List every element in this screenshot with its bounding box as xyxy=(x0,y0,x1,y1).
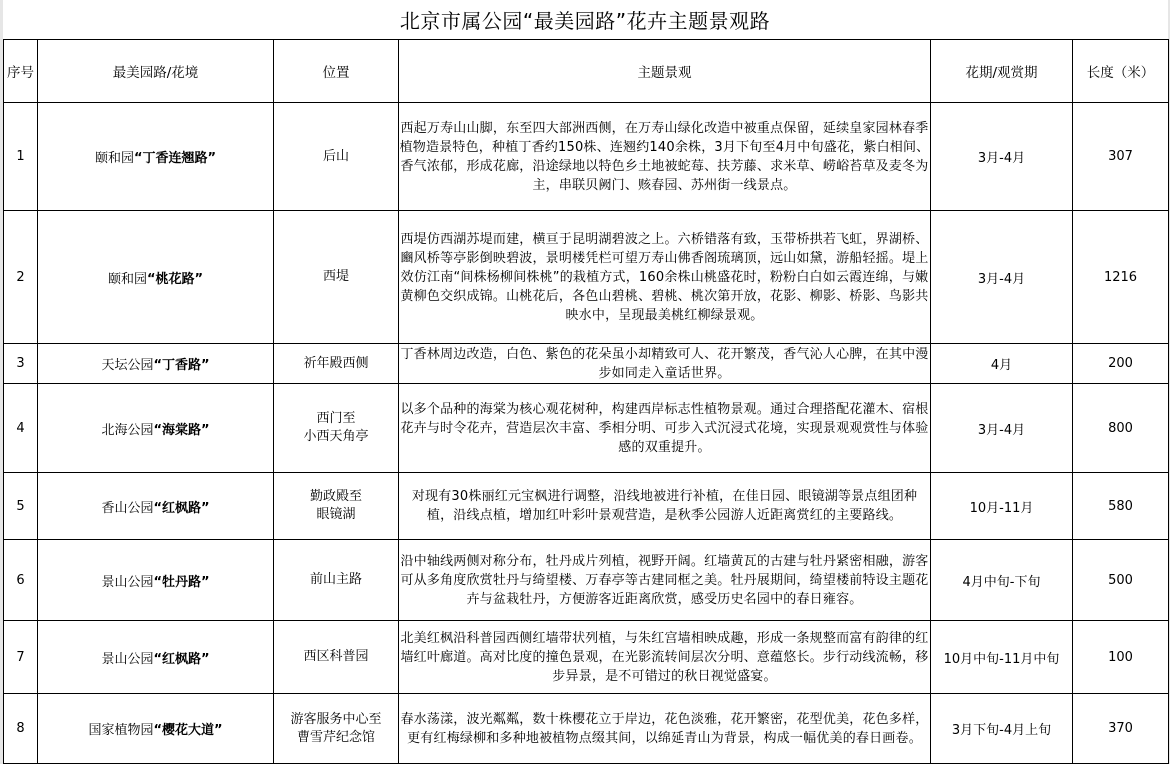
location-line-2: 眼镜湖 xyxy=(274,506,398,524)
cell-length[interactable]: 800 xyxy=(1073,384,1169,473)
cell-route-name[interactable]: 景山公园“红枫路” xyxy=(38,621,274,694)
location-line-1: 游客服务中心至 xyxy=(274,711,398,729)
cell-location[interactable]: 勤政殿至眼镜湖 xyxy=(274,473,399,540)
cell-season[interactable]: 4月中旬-下旬 xyxy=(931,540,1073,621)
location-line-2: 曹雪芹纪念馆 xyxy=(274,729,398,747)
cell-route-name[interactable]: 北海公园“海棠路” xyxy=(38,384,274,473)
header-name[interactable]: 最美园路/花境 xyxy=(38,40,274,103)
location-line-1: 西门至 xyxy=(274,410,398,428)
cell-route-name[interactable]: 香山公园“红枫路” xyxy=(38,473,274,540)
table-row: 6 景山公园“牡丹路” 前山主路 沿中轴线两侧对称分布，牡丹成片列植，视野开阔。… xyxy=(4,540,1169,621)
table-row: 7 景山公园“红枫路” 西区科普园 北美红枫沿科普园西侧红墙带状列植，与朱红宫墙… xyxy=(4,621,1169,694)
location-line-2: 小西天角亭 xyxy=(274,428,398,446)
cell-length[interactable]: 370 xyxy=(1073,694,1169,764)
cell-route-name[interactable]: 国家植物园“樱花大道” xyxy=(38,694,274,764)
cell-theme[interactable]: 北美红枫沿科普园西侧红墙带状列植，与朱红宫墙相映成趣，形成一条规整而富有韵律的红… xyxy=(399,621,931,694)
park-name: 景山公园 xyxy=(101,652,153,667)
cell-index[interactable]: 1 xyxy=(4,103,38,211)
cell-location[interactable]: 西区科普园 xyxy=(274,621,399,694)
cell-index[interactable]: 8 xyxy=(4,694,38,764)
route-name: “丁香路” xyxy=(153,358,209,373)
table-row: 8 国家植物园“樱花大道” 游客服务中心至曹雪芹纪念馆 春水荡漾，波光粼粼，数十… xyxy=(4,694,1169,764)
flower-routes-table: 序号 最美园路/花境 位置 主题景观 花期/观赏期 长度（米） 1 颐和园“丁香… xyxy=(3,39,1169,764)
cell-location[interactable]: 游客服务中心至曹雪芹纪念馆 xyxy=(274,694,399,764)
header-length[interactable]: 长度（米） xyxy=(1073,40,1169,103)
table-row: 2 颐和园“桃花路” 西堤 西堤仿西湖苏堤而建，横亘于昆明湖碧波之上。六桥错落有… xyxy=(4,211,1169,344)
park-name: 国家植物园 xyxy=(88,723,153,738)
cell-route-name[interactable]: 景山公园“牡丹路” xyxy=(38,540,274,621)
cell-index[interactable]: 3 xyxy=(4,344,38,384)
header-row: 序号 最美园路/花境 位置 主题景观 花期/观赏期 长度（米） xyxy=(4,40,1169,103)
park-name: 颐和园 xyxy=(108,272,147,287)
cell-location[interactable]: 祈年殿西侧 xyxy=(274,344,399,384)
cell-theme[interactable]: 对现有30株丽红元宝枫进行调整，沿线地被进行补植，在佳日园、眼镜湖等景点组团种植… xyxy=(399,473,931,540)
park-name: 景山公园 xyxy=(101,575,153,590)
table-row: 1 颐和园“丁香连翘路” 后山 西起万寿山山脚，东至四大部洲西侧，在万寿山绿化改… xyxy=(4,103,1169,211)
cell-length[interactable]: 580 xyxy=(1073,473,1169,540)
location-line-1: 前山主路 xyxy=(274,571,398,589)
cell-theme[interactable]: 西堤仿西湖苏堤而建，横亘于昆明湖碧波之上。六桥错落有致，玉带桥拱若飞虹，界湖桥、… xyxy=(399,211,931,344)
cell-location[interactable]: 西门至小西天角亭 xyxy=(274,384,399,473)
table-row: 3 天坛公园“丁香路” 祈年殿西侧 丁香林周边改造，白色、紫色的花朵虽小却精致可… xyxy=(4,344,1169,384)
cell-season[interactable]: 3月-4月 xyxy=(931,103,1073,211)
header-season[interactable]: 花期/观赏期 xyxy=(931,40,1073,103)
park-name: 颐和园 xyxy=(95,151,134,166)
cell-length[interactable]: 307 xyxy=(1073,103,1169,211)
cell-length[interactable]: 1216 xyxy=(1073,211,1169,344)
cell-length[interactable]: 100 xyxy=(1073,621,1169,694)
location-line-1: 西区科普园 xyxy=(274,648,398,666)
cell-location[interactable]: 西堤 xyxy=(274,211,399,344)
cell-length[interactable]: 500 xyxy=(1073,540,1169,621)
cell-theme[interactable]: 沿中轴线两侧对称分布，牡丹成片列植，视野开阔。红墙黄瓦的古建与牡丹紧密相融，游客… xyxy=(399,540,931,621)
cell-season[interactable]: 3月-4月 xyxy=(931,384,1073,473)
location-line-1: 祈年殿西侧 xyxy=(274,355,398,373)
table-row: 4 北海公园“海棠路” 西门至小西天角亭 以多个品种的海棠为核心观花树种，构建西… xyxy=(4,384,1169,473)
location-line-1: 勤政殿至 xyxy=(274,488,398,506)
route-name: “牡丹路” xyxy=(153,575,209,590)
table-row: 5 香山公园“红枫路” 勤政殿至眼镜湖 对现有30株丽红元宝枫进行调整，沿线地被… xyxy=(4,473,1169,540)
cell-index[interactable]: 2 xyxy=(4,211,38,344)
cell-location[interactable]: 前山主路 xyxy=(274,540,399,621)
cell-index[interactable]: 6 xyxy=(4,540,38,621)
route-name: “樱花大道” xyxy=(153,723,222,738)
cell-index[interactable]: 5 xyxy=(4,473,38,540)
header-theme[interactable]: 主题景观 xyxy=(399,40,931,103)
cell-route-name[interactable]: 天坛公园“丁香路” xyxy=(38,344,274,384)
cell-index[interactable]: 4 xyxy=(4,384,38,473)
cell-season[interactable]: 3月下旬-4月上旬 xyxy=(931,694,1073,764)
cell-theme[interactable]: 春水荡漾，波光粼粼，数十株樱花立于岸边，花色淡雅，花开繁密，花型优美，花色多样，… xyxy=(399,694,931,764)
route-name: “丁香连翘路” xyxy=(134,151,216,166)
cell-index[interactable]: 7 xyxy=(4,621,38,694)
cell-season[interactable]: 10月-11月 xyxy=(931,473,1073,540)
cell-location[interactable]: 后山 xyxy=(274,103,399,211)
cell-season[interactable]: 10月中旬-11月中旬 xyxy=(931,621,1073,694)
cell-route-name[interactable]: 颐和园“桃花路” xyxy=(38,211,274,344)
cell-route-name[interactable]: 颐和园“丁香连翘路” xyxy=(38,103,274,211)
route-name: “红枫路” xyxy=(153,652,209,667)
route-name: “红枫路” xyxy=(153,501,209,516)
park-name: 香山公园 xyxy=(101,501,153,516)
cell-season[interactable]: 3月-4月 xyxy=(931,211,1073,344)
cell-length[interactable]: 200 xyxy=(1073,344,1169,384)
location-line-1: 西堤 xyxy=(274,268,398,286)
cell-theme[interactable]: 以多个品种的海棠为核心观花树种，构建西岸标志性植物景观。通过合理搭配花灌木、宿根… xyxy=(399,384,931,473)
header-location[interactable]: 位置 xyxy=(274,40,399,103)
route-name: “桃花路” xyxy=(147,272,203,287)
park-name: 北海公园 xyxy=(101,423,153,438)
cell-theme[interactable]: 西起万寿山山脚，东至四大部洲西侧，在万寿山绿化改造中被重点保留，延续皇家园林春季… xyxy=(399,103,931,211)
cell-season[interactable]: 4月 xyxy=(931,344,1073,384)
cell-theme[interactable]: 丁香林周边改造，白色、紫色的花朵虽小却精致可人、花开繁茂，香气沁人心脾，在其中漫… xyxy=(399,344,931,384)
route-name: “海棠路” xyxy=(153,423,209,438)
sheet-title: 北京市属公园“最美园路”花卉主题景观路 xyxy=(0,0,1170,39)
park-name: 天坛公园 xyxy=(101,358,153,373)
header-index[interactable]: 序号 xyxy=(4,40,38,103)
location-line-1: 后山 xyxy=(274,148,398,166)
